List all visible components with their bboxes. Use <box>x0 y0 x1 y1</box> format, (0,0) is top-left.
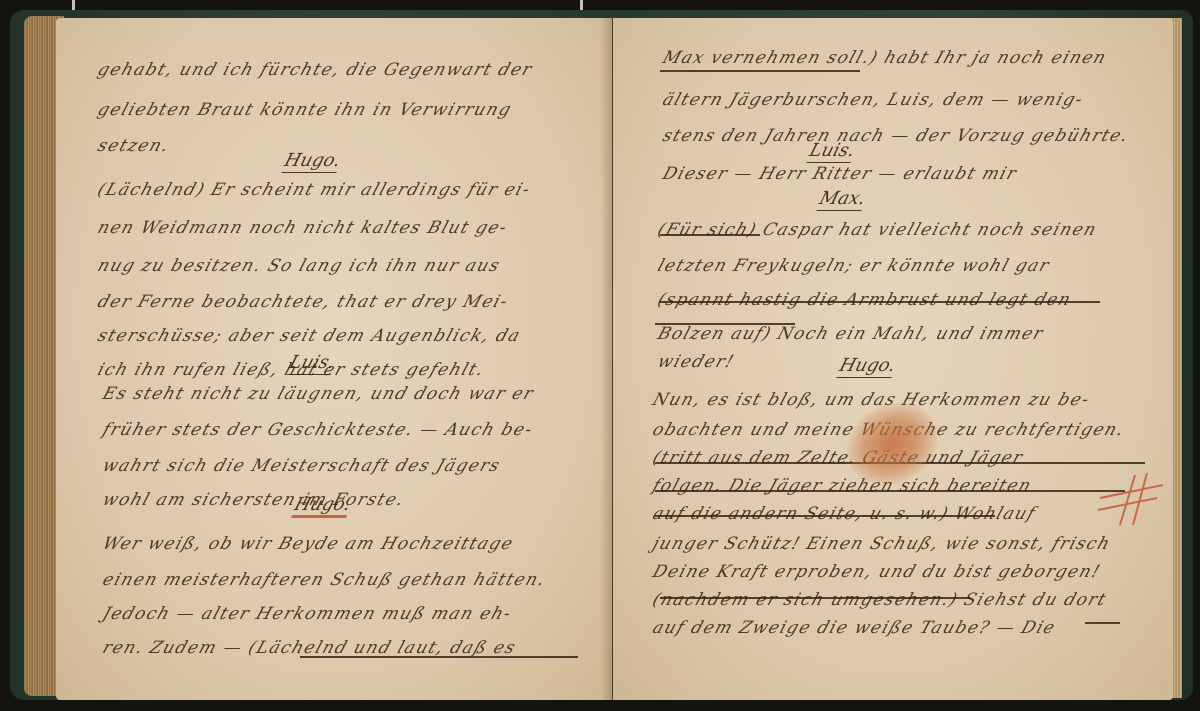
text-line: nug zu besitzen. So lang ich ihn nur aus <box>95 256 503 276</box>
text-line: Bolzen auf) Noch ein Mahl, und immer <box>655 324 1046 344</box>
text-line: Max vernehmen soll.) habt Ihr ja noch ei… <box>660 48 1110 68</box>
text-line: (nachdem er sich umgesehen.) Siehst du d… <box>650 590 1110 610</box>
text-line: auf dem Zweige die weiße Taube? — Die <box>650 618 1059 638</box>
text-line: sterschüsse; aber seit dem Augenblick, d… <box>95 326 523 346</box>
text-line: der Ferne beobachtete, that er drey Mei- <box>95 292 511 312</box>
text-line: junger Schütz! Einen Schuß, wie sonst, f… <box>650 534 1113 554</box>
speaker-heading: Max. <box>817 188 868 209</box>
text-line: (Für sich) Caspar hat vielleicht noch se… <box>655 220 1100 240</box>
text-line: ältern Jägerburschen, Luis, dem — wenig- <box>660 90 1086 110</box>
underline-stroke <box>655 490 1125 492</box>
underline-stroke <box>660 234 760 236</box>
text-line: (Lächelnd) Er scheint mir allerdings für… <box>95 180 533 200</box>
text-line: nen Weidmann noch nicht kaltes Blut ge- <box>95 218 510 238</box>
underline-stroke <box>660 70 860 72</box>
text-line: stens den Jahren nach — der Vorzug gebüh… <box>660 126 1132 146</box>
text-line: ren. Zudem — (Lächelnd und laut, daß es <box>100 638 519 658</box>
speaker-heading: Luis. <box>807 140 857 161</box>
text-line: setzen. <box>95 136 172 156</box>
text-line: früher stets der Geschickteste. — Auch b… <box>100 420 536 440</box>
text-line: Es steht nicht zu läugnen, und doch war … <box>100 384 537 404</box>
underline-stroke <box>655 515 995 517</box>
speaker-heading: Luis. <box>287 352 337 373</box>
underline-stroke <box>660 597 970 599</box>
text-line: einen meisterhafteren Schuß gethan hätte… <box>100 570 549 590</box>
speaker-heading: Hugo. <box>282 150 343 171</box>
text-line: Wer weiß, ob wir Beyde am Hochzeittage <box>100 534 517 554</box>
underline-stroke <box>300 656 578 658</box>
text-line: geliebten Braut könnte ihn in Verwirrung <box>95 100 515 120</box>
text-line: Jedoch — alter Herkommen muß man eh- <box>100 604 515 624</box>
underline-stroke <box>1085 622 1120 624</box>
text-line: (tritt aus dem Zelte. Gäste und Jäger <box>650 448 1026 468</box>
text-line: wieder! <box>655 352 737 372</box>
speaker-heading-red-underlined: Hugo. <box>292 494 353 515</box>
text-line: (spannt hastig die Armbrust und legt den <box>655 290 1074 310</box>
manuscript-photo: gehabt, und ich fürchte, die Gegenwart d… <box>0 0 1200 711</box>
underline-stroke <box>655 323 795 325</box>
text-line: Dieser — Herr Ritter — erlaubt mir <box>660 164 1020 184</box>
text-line: letzten Freykugeln; er könnte wohl gar <box>655 256 1053 276</box>
text-line: wohl am sichersten im Forste. <box>100 490 407 510</box>
text-line: Deine Kraft erproben, und du bist geborg… <box>650 562 1103 582</box>
text-line: folgen. Die Jäger ziehen sich bereiten <box>650 476 1035 496</box>
red-pencil-hash-mark <box>1095 470 1165 530</box>
text-line: auf die andern Seite, u. s. w.) Wohlauf <box>650 504 1039 524</box>
speaker-heading: Hugo. <box>837 355 898 376</box>
text-line: Nun, es ist bloß, um das Herkommen zu be… <box>650 390 1093 410</box>
underline-stroke <box>660 301 1100 303</box>
text-line: wahrt sich die Meisterschaft des Jägers <box>100 456 503 476</box>
text-line: gehabt, und ich fürchte, die Gegenwart d… <box>95 60 535 80</box>
